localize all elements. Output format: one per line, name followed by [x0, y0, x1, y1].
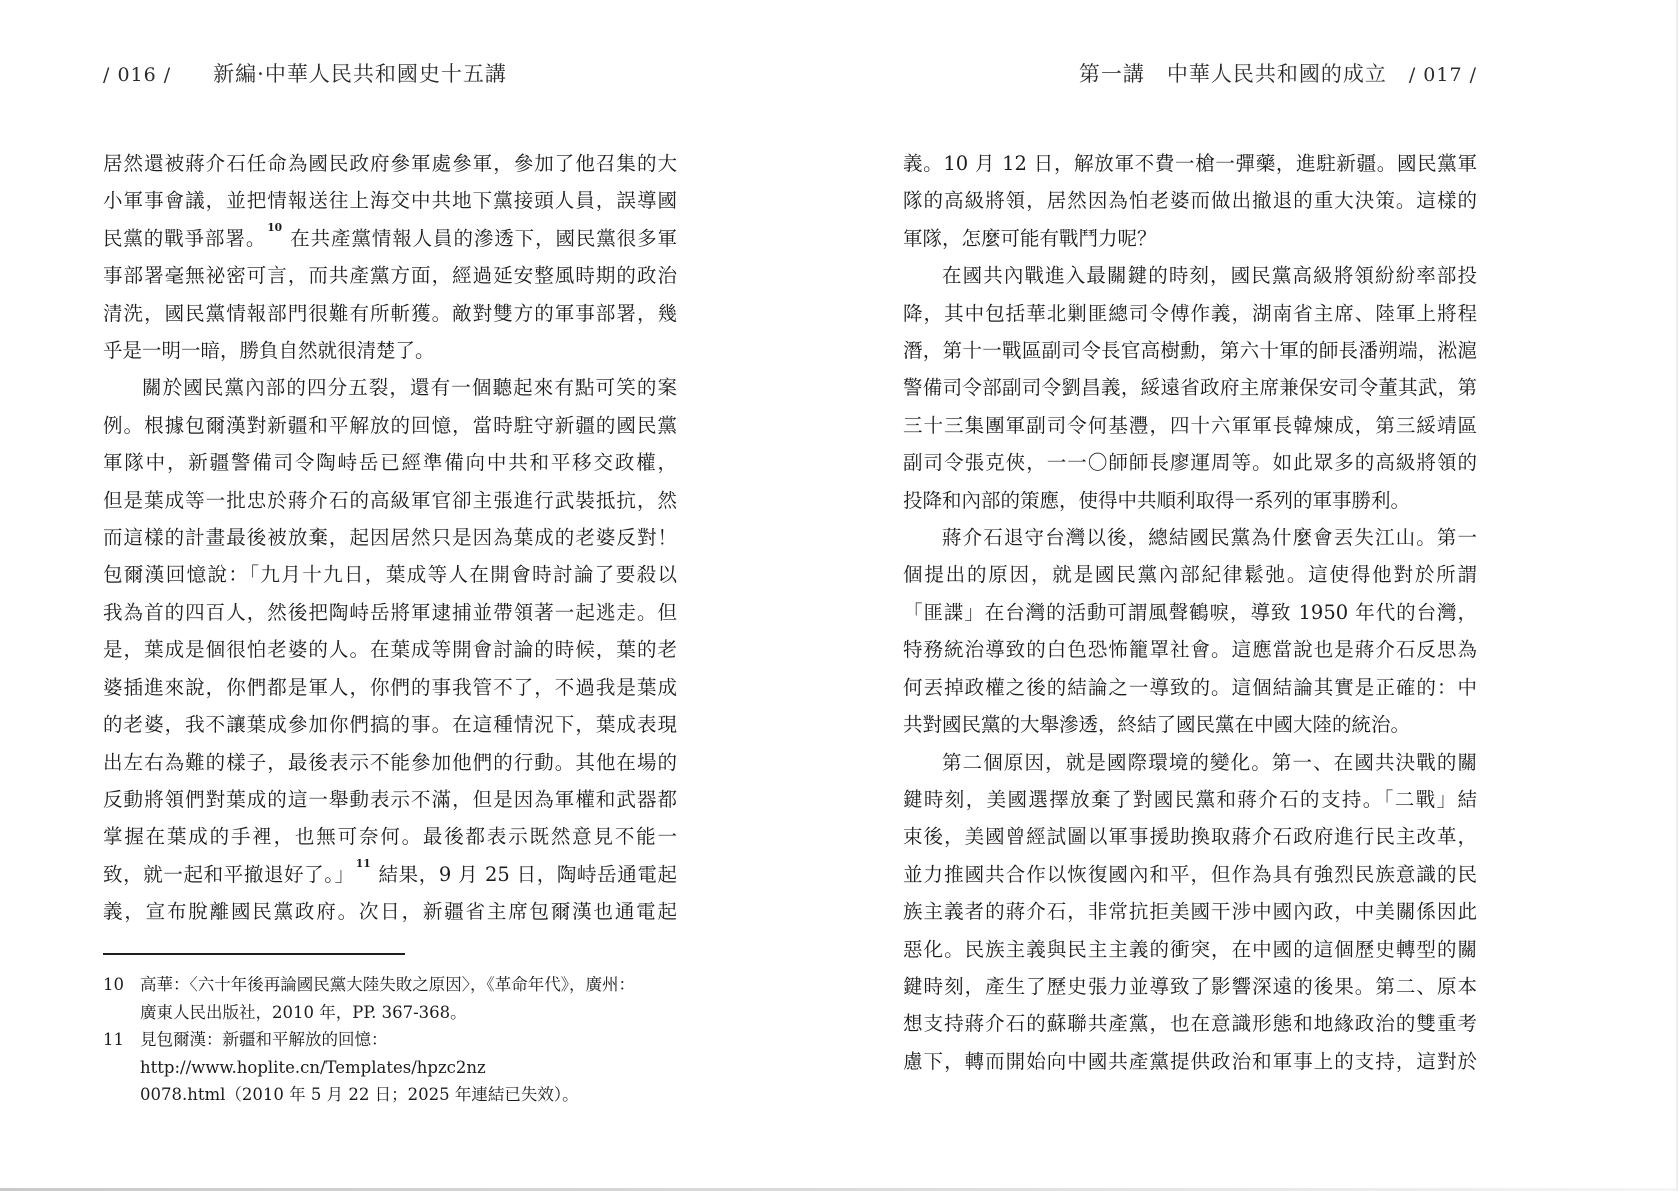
- text-line: 軍隊中，新疆警備司令陶峙岳已經準備向中共和平移交政權，: [103, 444, 677, 481]
- text-line: 我為首的四百人，然後把陶峙岳將軍逮捕並帶領著一起逃走。但: [103, 594, 677, 631]
- footnote-number: 11: [103, 1026, 140, 1109]
- text-line: 何丟掉政權之後的結論之一導致的。這個結論其實是正確的：中: [903, 669, 1477, 706]
- text-line: 掌握在葉成的手裡，也無可奈何。最後都表示既然意見不能一: [103, 818, 677, 855]
- text-line: 包爾漢回憶說：「九月十九日，葉成等人在開會時討論了要殺以: [103, 556, 677, 593]
- text-line: 反動將領們對葉成的這一舉動表示不滿，但是因為軍權和武器都: [103, 781, 677, 818]
- text-line: 例。根據包爾漢對新疆和平解放的回憶，當時駐守新疆的國民黨: [103, 407, 677, 444]
- text-line: 蔣介石退守台灣以後，總結國民黨為什麼會丟失江山。第一: [903, 519, 1477, 556]
- text-line: 警備司令部副司令劉昌義，綏遠省政府主席兼保安司令董其武，第: [903, 369, 1477, 406]
- text-line: 婆插進來說，你們都是軍人，你們的事我管不了，不過我是葉成: [103, 669, 677, 706]
- text-line: 義。10 月 12 日，解放軍不費一槍一彈藥，進駐新疆。國民黨軍: [903, 145, 1477, 182]
- text-line: 清洗，國民黨情報部門很難有所斬獲。敵對雙方的軍事部署，幾: [103, 295, 677, 332]
- left-running-head: / 016 / 新編·中華人民共和國史十五講: [103, 58, 507, 88]
- text-line: 出左右為難的樣子，最後表示不能參加他們的行動。其他在場的: [103, 744, 677, 781]
- footnote-number: 10: [103, 971, 140, 1026]
- text-line: 「匪諜」在台灣的活動可謂風聲鶴唳，導致 1950 年代的台灣，: [903, 594, 1477, 631]
- text-line: 並力推國共合作以恢復國內和平，但作為具有強烈民族意識的民: [903, 856, 1477, 893]
- text-line: 投降和內部的策應，使得中共順利取得一系列的軍事勝利。: [903, 482, 1477, 519]
- text-line: 潛，第十一戰區副司令長官高樹勳，第六十軍的師長潘朔端，淞滬: [903, 332, 1477, 369]
- paragraph: 義。10 月 12 日，解放軍不費一槍一彈藥，進駐新疆。國民黨軍隊的高級將領，居…: [903, 145, 1477, 257]
- paragraph: 蔣介石退守台灣以後，總結國民黨為什麼會丟失江山。第一個提出的原因，就是國民黨內部…: [903, 519, 1477, 743]
- text-line: 慮下，轉而開始向中國共產黨提供政治和軍事上的支持，這對於: [903, 1043, 1477, 1080]
- text-line: 事部署毫無祕密可言，而共產黨方面，經過延安整風時期的政治: [103, 257, 677, 294]
- paragraph: 第二個原因，就是國際環境的變化。第一、在國共決戰的關鍵時刻，美國選擇放棄了對國民…: [903, 744, 1477, 1081]
- footnote-ref: 10: [266, 221, 283, 234]
- footnote-separator: [103, 953, 405, 955]
- book-spread: / 016 / 新編·中華人民共和國史十五講 居然還被蔣介石任命為國民政府參軍處…: [0, 0, 1678, 1191]
- text-line: 隊的高級將領，居然因為怕老婆而做出撤退的重大決策。這樣的: [903, 182, 1477, 219]
- text-line: 鍵時刻，產生了歷史張力並導致了影響深遠的後果。第二、原本: [903, 968, 1477, 1005]
- left-page-number: / 016 /: [103, 64, 171, 86]
- right-page-number: / 017 /: [1409, 64, 1477, 86]
- text-line: 副司令張克俠，一一〇師師長廖運周等。如此眾多的高級將領的: [903, 444, 1477, 481]
- paragraph: 在國共內戰進入最關鍵的時刻，國民黨高級將領紛紛率部投降，其中包括華北剿匪總司令傅…: [903, 257, 1477, 519]
- text-line: 民黨的戰爭部署。10 在共產黨情報人員的滲透下，國民黨很多軍: [103, 220, 677, 257]
- text-line: 但是葉成等一批忠於蔣介石的高級軍官卻主張進行武裝抵抗，然: [103, 482, 677, 519]
- text-line: 小軍事會議，並把情報送往上海交中共地下黨接頭人員，誤導國: [103, 182, 677, 219]
- footnotes-block: 10高華：〈六十年後再論國民黨大陸失敗之原因〉，《革命年代》，廣州：廣東人民出版…: [103, 953, 677, 1109]
- paragraph: 居然還被蔣介石任命為國民政府參軍處參軍，參加了他召集的大小軍事會議，並把情報送往…: [103, 145, 677, 369]
- text-line: 惡化。民族主義與民主主義的衝突，在中國的這個歷史轉型的關: [903, 931, 1477, 968]
- footnote: 10高華：〈六十年後再論國民黨大陸失敗之原因〉，《革命年代》，廣州：廣東人民出版…: [103, 971, 677, 1026]
- paragraph: 關於國民黨內部的四分五裂，還有一個聽起來有點可笑的案例。根據包爾漢對新疆和平解放…: [103, 369, 677, 930]
- text-line: 三十三集團軍副司令何基灃，四十六軍軍長韓煉成，第三綏靖區: [903, 407, 1477, 444]
- left-header-title: 新編·中華人民共和國史十五講: [213, 58, 507, 88]
- text-line: 共對國民黨的大舉滲透，終結了國民黨在中國大陸的統治。: [903, 706, 1477, 743]
- footnote-list: 10高華：〈六十年後再論國民黨大陸失敗之原因〉，《革命年代》，廣州：廣東人民出版…: [103, 971, 677, 1109]
- text-line: 致，就一起和平撤退好了。」11 結果，9 月 25 日，陶峙岳通電起: [103, 856, 677, 893]
- text-line: 鍵時刻，美國選擇放棄了對國民黨和蔣介石的支持。「二戰」結: [903, 781, 1477, 818]
- text-line: 而這樣的計畫最後被放棄，起因居然只是因為葉成的老婆反對！: [103, 519, 677, 556]
- text-line: 個提出的原因，就是國民黨內部紀律鬆弛。這使得他對於所謂: [903, 556, 1477, 593]
- text-line: 義，宣布脫離國民黨政府。次日，新疆省主席包爾漢也通電起: [103, 893, 677, 930]
- text-line: 乎是一明一暗，勝負自然就很清楚了。: [103, 332, 677, 369]
- text-line: 軍隊，怎麼可能有戰鬥力呢？: [903, 220, 1477, 257]
- text-line: 居然還被蔣介石任命為國民政府參軍處參軍，參加了他召集的大: [103, 145, 677, 182]
- text-line: 的老婆，我不讓葉成參加你們搞的事。在這種情況下，葉成表現: [103, 706, 677, 743]
- footnote-text: 見包爾漢：新疆和平解放的回憶：http://www.hoplite.cn/Tem…: [140, 1026, 677, 1109]
- footnote-line: 高華：〈六十年後再論國民黨大陸失敗之原因〉，《革命年代》，廣州：: [140, 971, 677, 999]
- footnote-ref: 11: [355, 857, 372, 870]
- text-line: 想支持蔣介石的蘇聯共產黨，也在意識形態和地緣政治的雙重考: [903, 1005, 1477, 1042]
- footnote-line: 廣東人民出版社，2010 年，PP. 367-368。: [140, 999, 677, 1027]
- footnote-line: 0078.html（2010 年 5 月 22 日；2025 年連結已失效）。: [140, 1081, 677, 1109]
- text-line: 族主義者的蔣介石，非常抗拒美國干涉中國內政，中美關係因此: [903, 893, 1477, 930]
- footnote: 11見包爾漢：新疆和平解放的回憶：http://www.hoplite.cn/T…: [103, 1026, 677, 1109]
- text-line: 在國共內戰進入最關鍵的時刻，國民黨高級將領紛紛率部投: [903, 257, 1477, 294]
- text-line: 第二個原因，就是國際環境的變化。第一、在國共決戰的關: [903, 744, 1477, 781]
- text-line: 束後，美國曾經試圖以軍事援助換取蔣介石政府進行民主改革，: [903, 818, 1477, 855]
- right-running-head: 第一講 中華人民共和國的成立 / 017 /: [1079, 58, 1477, 88]
- text-line: 特務統治導致的白色恐怖籠罩社會。這應當說也是蔣介石反思為: [903, 631, 1477, 668]
- right-header-title: 第一講 中華人民共和國的成立: [1079, 58, 1387, 88]
- right-page-body: 義。10 月 12 日，解放軍不費一槍一彈藥，進駐新疆。國民黨軍隊的高級將領，居…: [903, 145, 1477, 1080]
- left-page-body: 居然還被蔣介石任命為國民政府參軍處參軍，參加了他召集的大小軍事會議，並把情報送往…: [103, 145, 677, 931]
- text-line: 降，其中包括華北剿匪總司令傅作義，湖南省主席、陸軍上將程: [903, 295, 1477, 332]
- footnote-text: 高華：〈六十年後再論國民黨大陸失敗之原因〉，《革命年代》，廣州：廣東人民出版社，…: [140, 971, 677, 1026]
- text-line: 是，葉成是個很怕老婆的人。在葉成等開會討論的時候，葉的老: [103, 631, 677, 668]
- text-line: 關於國民黨內部的四分五裂，還有一個聽起來有點可笑的案: [103, 369, 677, 406]
- footnote-line: 見包爾漢：新疆和平解放的回憶：http://www.hoplite.cn/Tem…: [140, 1026, 677, 1081]
